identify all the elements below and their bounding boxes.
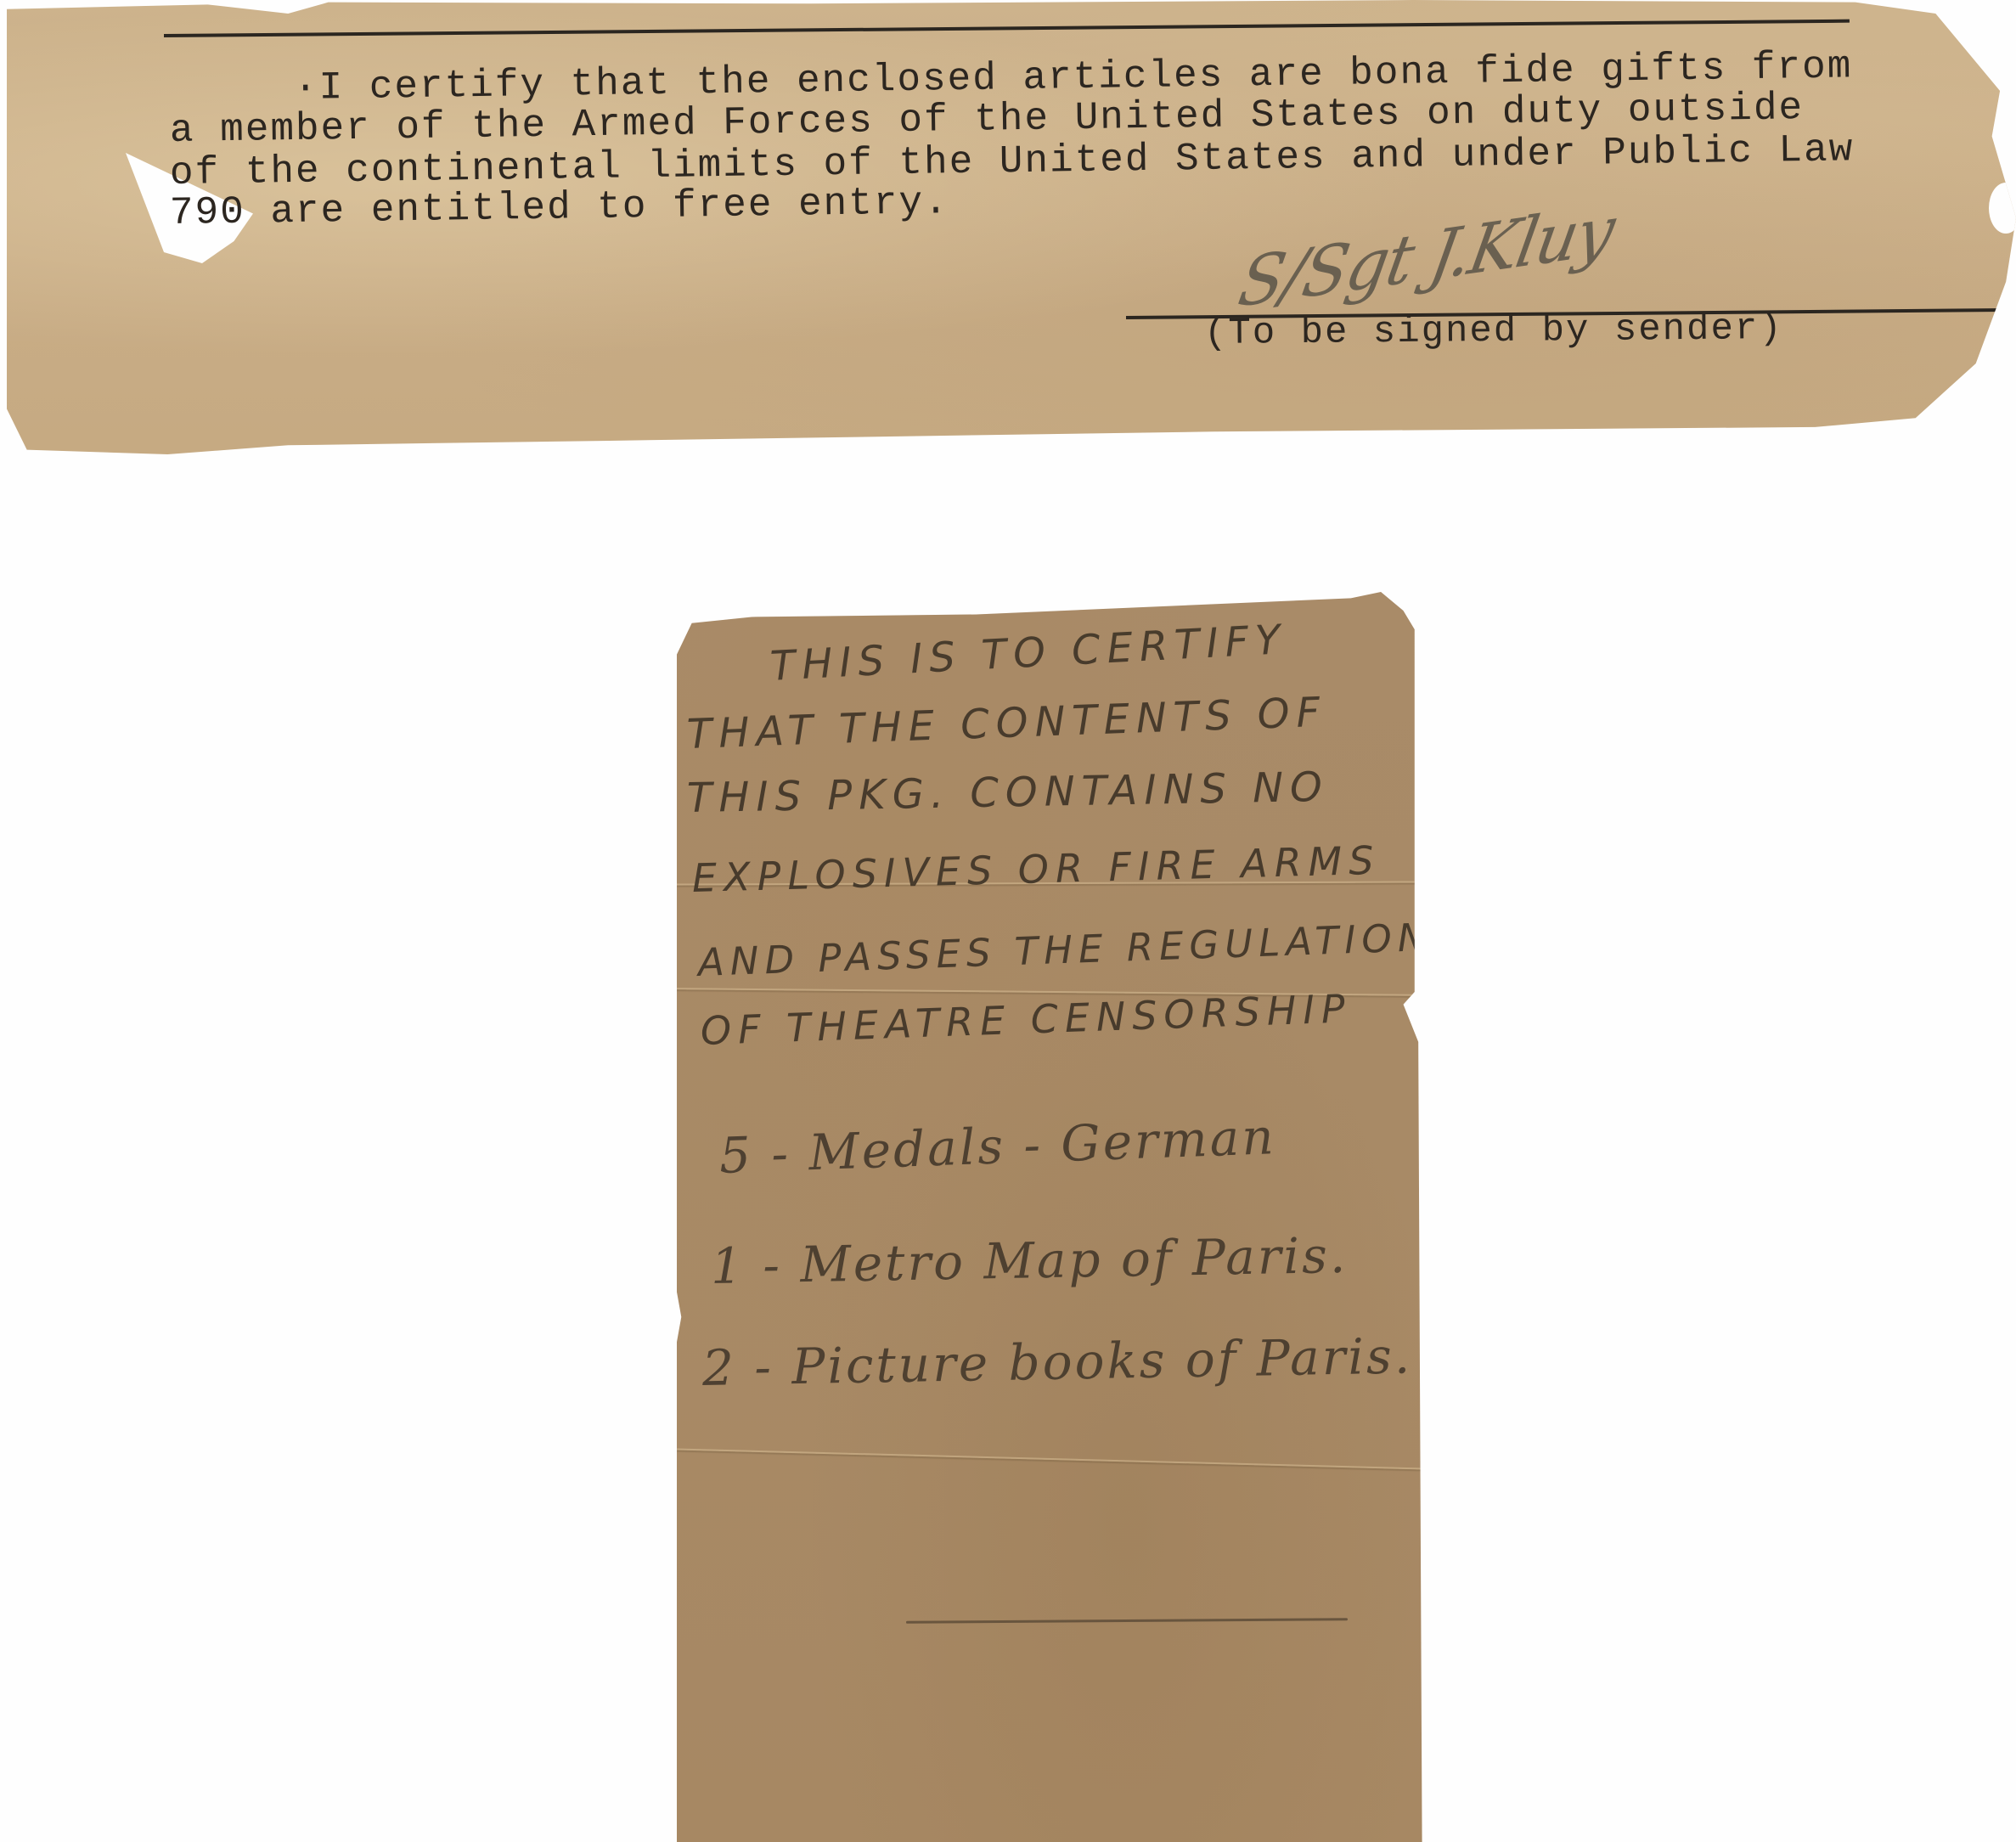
contents-list-item: 2 - Picture books of Paris. (701, 1327, 1412, 1397)
top-divider-line (164, 20, 1850, 37)
note-text-line: THAT THE CONTENTS OF (686, 689, 1327, 758)
note-text-line: THIS PKG. CONTAINS NO (687, 763, 1330, 822)
sender-signature: S/Sgt J.Kluy (1233, 192, 1619, 324)
pencil-signature-line (906, 1618, 1348, 1624)
handwritten-censorship-note: THIS IS TO CERTIFY THAT THE CONTENTS OF … (677, 592, 1426, 1842)
paper-fold (677, 1448, 1426, 1469)
note-text-line: THIS IS TO CERTIFY (769, 616, 1288, 690)
torn-edge (1989, 183, 2016, 234)
note-text-line: AND PASSES THE REGULATIONS (697, 914, 1463, 985)
signature-caption: (To be signed by sender) (1204, 307, 1783, 355)
contents-list-item: 1 - Metro Map of Paris. (710, 1226, 1348, 1295)
certification-slip: ·I certify that the enclosed articles ar… (7, 0, 2016, 454)
note-text-line: OF THEATRE CENSORSHIP (700, 985, 1352, 1054)
contents-list-item: 5 - Medals - German (718, 1107, 1277, 1185)
note-text-line: EXPLOSIVES OR FIRE ARMS (691, 837, 1381, 901)
